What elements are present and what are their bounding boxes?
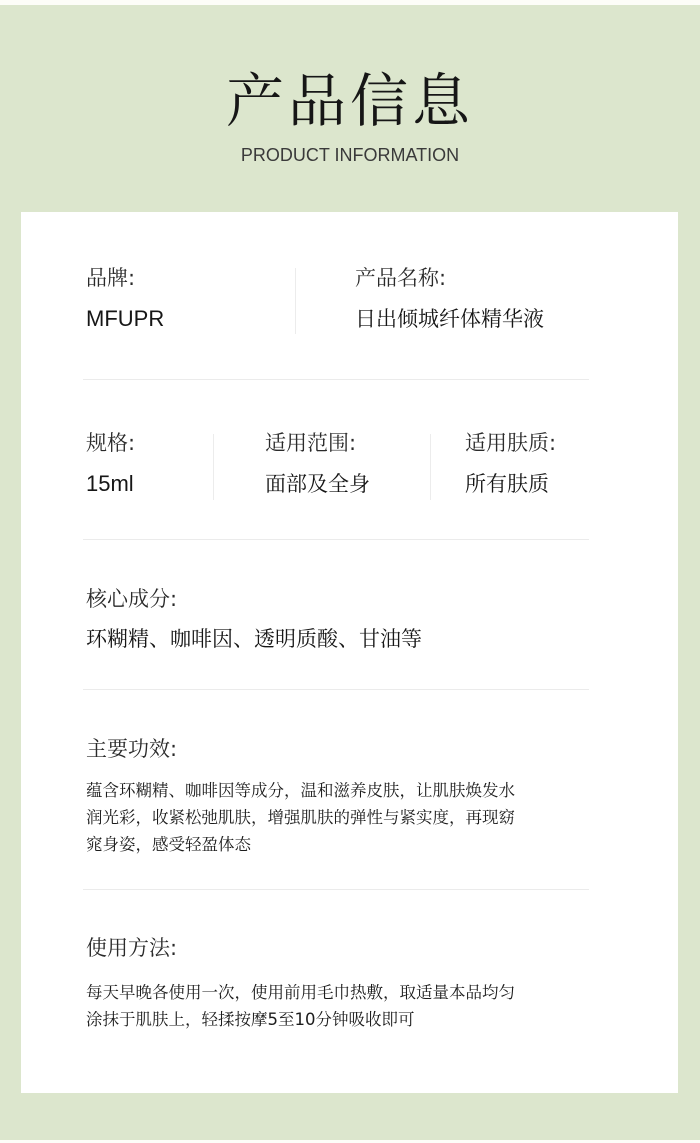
brand-value: MFUPR <box>86 305 164 333</box>
product-name-value: 日出倾城纤体精华液 <box>355 305 544 333</box>
section-divider <box>83 539 589 540</box>
skin-type-value: 所有肤质 <box>465 470 549 498</box>
effects-line: 润光彩，收紧松弛肌肤，增强肌肤的弹性与紧实度，再现窈 <box>86 804 586 831</box>
effects-line: 窕身姿，感受轻盈体态 <box>86 831 586 858</box>
column-divider <box>430 434 431 500</box>
brand-label: 品牌: <box>86 264 135 292</box>
column-divider <box>295 268 296 334</box>
page-title: 产品信息 <box>0 66 700 136</box>
usage-text: 每天早晚各使用一次，使用前用毛巾热敷，取适量本品均匀 涂抹于肌肤上，轻揉按摩5至… <box>86 979 586 1033</box>
product-name-label: 产品名称: <box>355 264 446 292</box>
spec-label: 规格: <box>86 429 135 457</box>
usage-label: 使用方法: <box>86 934 177 962</box>
ingredients-label: 核心成分: <box>86 585 177 613</box>
product-info-card: 品牌: MFUPR 产品名称: 日出倾城纤体精华液 规格: 15ml 适用范围:… <box>21 212 678 1093</box>
spec-value: 15ml <box>86 470 134 498</box>
column-divider <box>213 434 214 500</box>
effects-label: 主要功效: <box>86 735 177 763</box>
scope-label: 适用范围: <box>265 429 356 457</box>
effects-line: 蕴含环糊精、咖啡因等成分，温和滋养皮肤，让肌肤焕发水 <box>86 777 586 804</box>
ingredients-value: 环糊精、咖啡因、透明质酸、甘油等 <box>86 625 422 653</box>
page-subtitle: PRODUCT INFORMATION <box>0 144 700 166</box>
effects-text: 蕴含环糊精、咖啡因等成分，温和滋养皮肤，让肌肤焕发水 润光彩，收紧松弛肌肤，增强… <box>86 777 586 858</box>
usage-line: 涂抹于肌肤上，轻揉按摩5至10分钟吸收即可 <box>86 1006 586 1033</box>
section-divider <box>83 889 589 890</box>
section-divider <box>83 689 589 690</box>
usage-line: 每天早晚各使用一次，使用前用毛巾热敷，取适量本品均匀 <box>86 979 586 1006</box>
section-divider <box>83 379 589 380</box>
scope-value: 面部及全身 <box>265 470 370 498</box>
skin-type-label: 适用肤质: <box>465 429 556 457</box>
